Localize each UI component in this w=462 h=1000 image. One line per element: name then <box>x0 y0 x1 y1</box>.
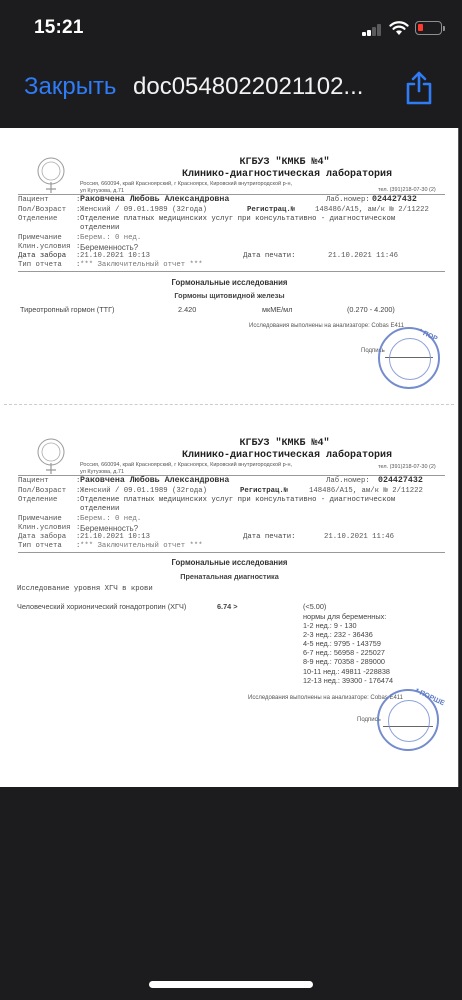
lab-number: 024427432 <box>378 476 423 485</box>
sex-age: Женский / 09.01.1989 (32года) <box>80 487 207 495</box>
report-type: *** Заключительный отчет *** <box>80 542 203 550</box>
collection-date-label: Дата забора <box>18 533 66 541</box>
registration-number: 148486/A15, ам/к № 2/11222 <box>309 487 423 495</box>
address-line: Россия, 660094, край Красноярский, г Кра… <box>80 462 292 469</box>
norms-title: нормы для беременных: <box>303 612 393 621</box>
note-label: Примечание <box>18 515 62 523</box>
department-label: Отделение <box>18 215 57 223</box>
norm-row: 2-3 нед.: 232 - 36436 <box>303 630 393 639</box>
test-name: Тиреотропный гормон (ТТГ) <box>20 305 115 314</box>
test-range: (<5.00) <box>303 602 326 611</box>
registration-label: Регистрац.№ <box>247 206 295 214</box>
print-date-label: Дата печати: <box>243 252 296 260</box>
norm-row: 12-13 нед.: 39300 - 176474 <box>303 676 393 685</box>
norm-row: 8-9 нед.: 70358 - 289000 <box>303 657 393 666</box>
report-type: *** Заключительный отчет *** <box>80 261 203 269</box>
patient-label: Пациент <box>18 196 49 204</box>
department: Отделение платных медицинских услуг при … <box>80 215 395 223</box>
collection-date-label: Дата забора <box>18 252 66 260</box>
report-type-label: Тип отчета <box>18 261 62 269</box>
test-group: Исследование уровня ХГЧ в крови <box>17 585 153 593</box>
registration-label: Регистрац.№ <box>240 487 288 495</box>
report-type-label: Тип отчета <box>18 542 62 550</box>
document-page[interactable]: КГБУЗ "КМКБ №4" Клинико-диагностическая … <box>0 128 459 787</box>
status-time: 15:21 <box>34 17 84 39</box>
address-line: Россия, 660094, край Красноярский, г Кра… <box>80 181 292 188</box>
nav-bar: Закрыть doc0548022021102... <box>0 60 462 116</box>
sex-age: Женский / 09.01.1989 (32года) <box>80 206 207 214</box>
org-name: КГБУЗ "КМКБ №4" <box>0 438 459 449</box>
patient-label: Пациент <box>18 477 49 485</box>
status-bar: 15:21 <box>0 0 462 56</box>
subsection-title: Гормоны щитовидной железы <box>0 291 459 300</box>
registration-number: 148486/A15, ам/к № 2/11222 <box>315 206 429 214</box>
lab-number-label: Лаб.номер: <box>326 196 370 204</box>
wifi-icon <box>389 20 409 36</box>
close-button[interactable]: Закрыть <box>24 73 116 101</box>
collection-date: 21.10.2021 10:13 <box>80 252 150 260</box>
lab-name: Клинико-диагностическая лаборатория <box>0 450 459 461</box>
document-title: doc0548022021102... <box>133 73 363 101</box>
note: Берем.: 0 нед. <box>80 234 141 242</box>
department-label: Отделение <box>18 496 57 504</box>
home-indicator[interactable] <box>149 981 313 988</box>
patient-name: Раковчена Любовь Александровна <box>80 195 229 204</box>
test-name: Человеческий хорионический гонадотропин … <box>17 602 186 611</box>
department-cont: отделении <box>80 505 119 513</box>
sex-age-label: Пол/Возраст <box>18 206 66 214</box>
test-unit: мкМЕ/мл <box>262 305 292 314</box>
clinical-conditions: Беременность? <box>80 524 138 533</box>
norm-row: 10-11 нед.: 49811 -228838 <box>303 667 393 676</box>
lab-number: 024427432 <box>372 195 417 204</box>
divider <box>18 271 445 272</box>
clinical-conditions: Беременность? <box>80 243 138 252</box>
battery-low-icon <box>415 21 442 35</box>
clinical-conditions-label: Клин.условия <box>18 243 71 251</box>
print-date: 21.10.2021 11:46 <box>324 533 394 541</box>
subsection-title: Пренатальная диагностика <box>0 572 459 581</box>
sex-age-label: Пол/Возраст <box>18 487 66 495</box>
cellular-signal-icon <box>362 24 384 36</box>
test-range: (0.270 - 4.200) <box>347 305 395 314</box>
lab-report-hcg: КГБУЗ "КМКБ №4" Клинико-диагностическая … <box>0 408 459 787</box>
test-value: 6.74 > <box>217 602 238 611</box>
analyzer-note: Исследования выполнены на анализаторе: C… <box>249 323 404 329</box>
test-value: 2.420 <box>178 305 196 314</box>
norm-row: 4-5 нед.: 9795 - 143759 <box>303 639 393 648</box>
org-name: КГБУЗ "КМКБ №4" <box>0 157 459 168</box>
print-date-label: Дата печати: <box>243 533 296 541</box>
lab-name: Клинико-диагностическая лаборатория <box>0 169 459 180</box>
lab-report-tsh: КГБУЗ "КМКБ №4" Клинико-диагностическая … <box>0 128 459 398</box>
divider <box>18 552 445 553</box>
print-date: 21.10.2021 11:46 <box>328 252 398 260</box>
note: Берем.: 0 нед. <box>80 515 141 523</box>
phone: тел. (391)218-07-30 (2) <box>378 464 436 470</box>
share-icon[interactable] <box>404 71 434 105</box>
clinical-conditions-label: Клин.условия <box>18 524 71 532</box>
collection-date: 21.10.2021 10:13 <box>80 533 150 541</box>
analyzer-note: Исследования выполнены на анализаторе: C… <box>248 695 403 701</box>
norm-row: 6-7 нед.: 56958 - 225027 <box>303 648 393 657</box>
section-title: Гормональные исследования <box>0 278 459 287</box>
department-cont: отделении <box>80 224 119 232</box>
patient-name: Раковчена Любовь Александровна <box>80 476 229 485</box>
note-label: Примечание <box>18 234 62 242</box>
department: Отделение платных медицинских услуг при … <box>80 496 395 504</box>
pregnancy-norms: нормы для беременных: 1-2 нед.: 9 - 130 … <box>303 612 393 685</box>
page-separator <box>4 404 454 405</box>
norm-row: 1-2 нед.: 9 - 130 <box>303 621 393 630</box>
phone: тел. (391)218-07-30 (2) <box>378 187 436 193</box>
section-title: Гормональные исследования <box>0 558 459 567</box>
lab-number-label: Лаб.номер: <box>326 477 370 485</box>
